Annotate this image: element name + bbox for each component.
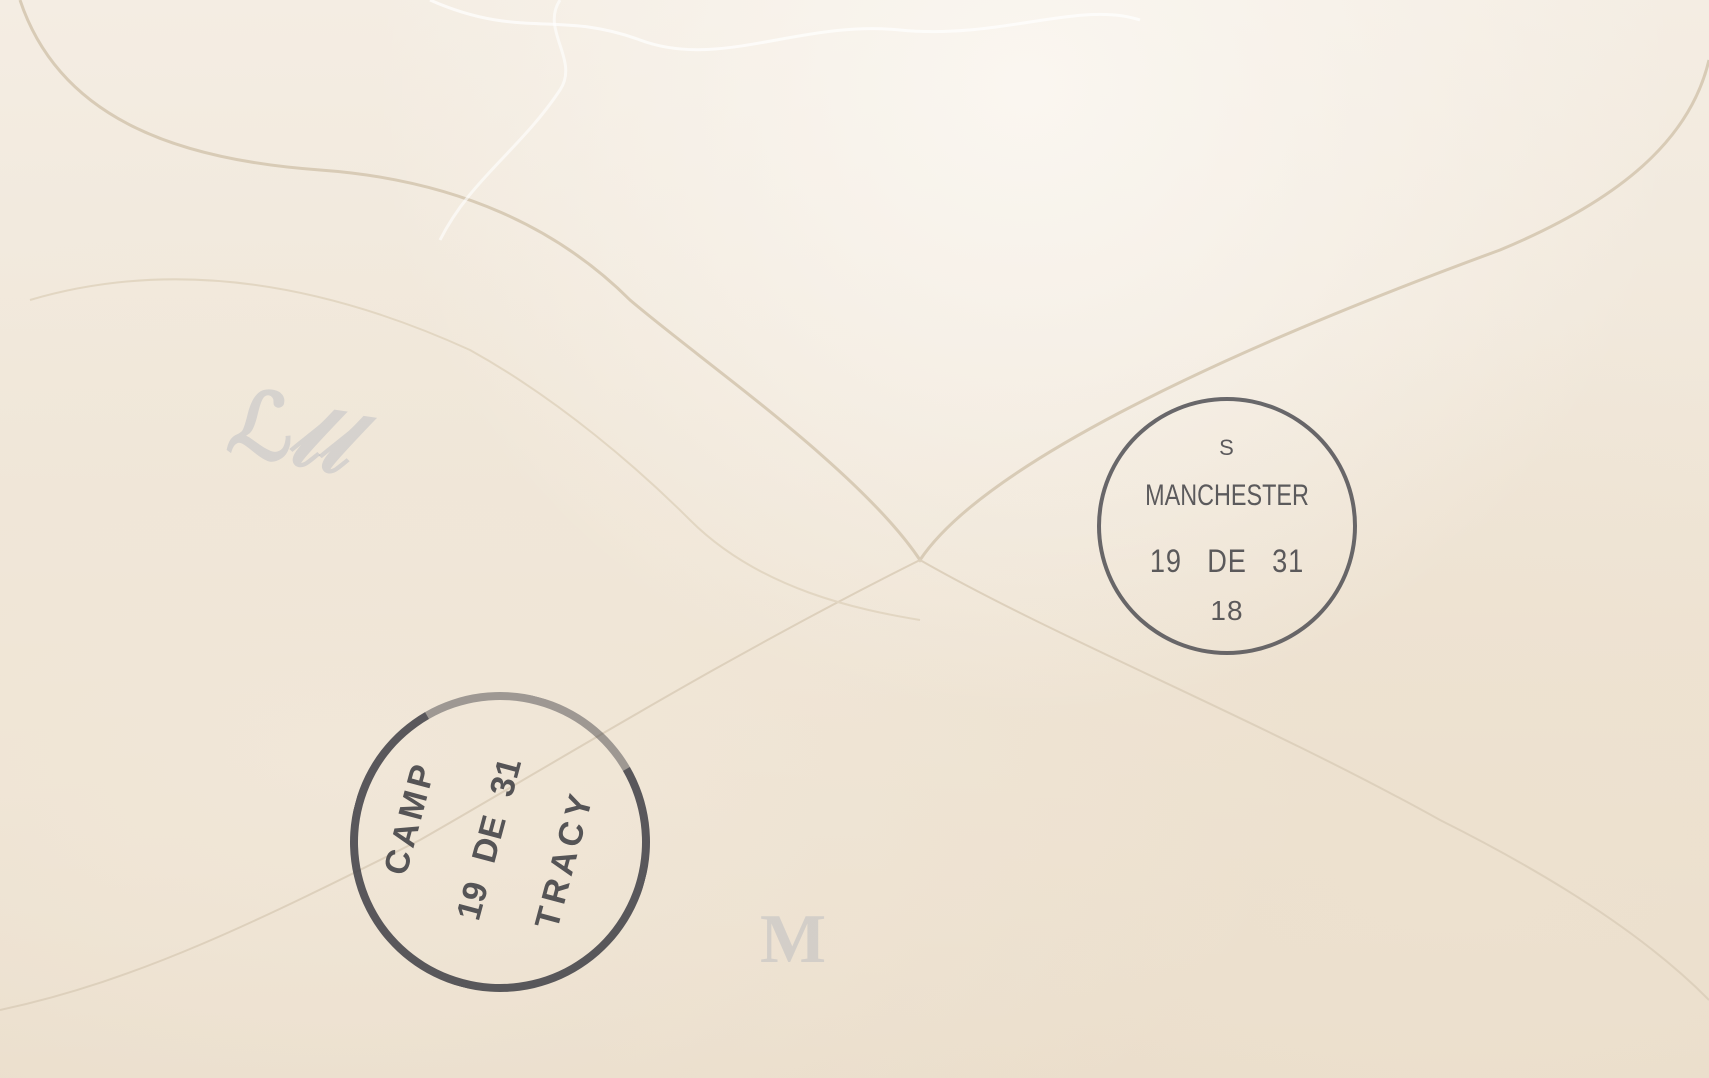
postmark-date: 19 DE 31 bbox=[1120, 543, 1334, 580]
postmark-city: MANCHESTER bbox=[1129, 479, 1326, 513]
envelope-flap-outline bbox=[0, 0, 1709, 1078]
manchester-postmark: S MANCHESTER 19 DE 31 18 bbox=[1097, 397, 1357, 655]
postmark-code: S bbox=[1101, 435, 1353, 461]
postmark-year: 18 bbox=[1101, 595, 1353, 627]
bleed-through-handwriting: M bbox=[760, 900, 826, 980]
envelope-back: ℒ𝓁𝓁 M S MANCHESTER 19 DE 31 18 CAMP 19 D… bbox=[0, 0, 1709, 1078]
